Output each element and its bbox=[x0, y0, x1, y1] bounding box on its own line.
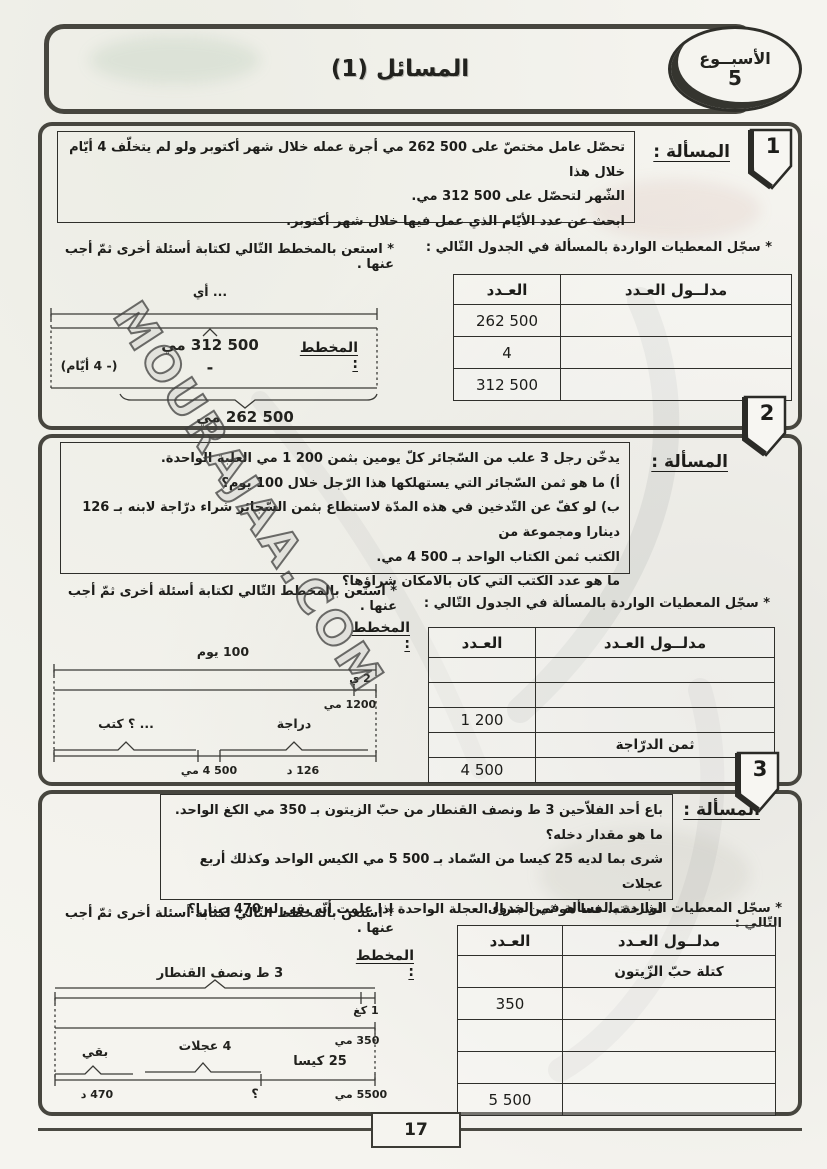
table-row: 5 500 bbox=[458, 1084, 776, 1116]
table-cell bbox=[563, 1084, 776, 1116]
page-number-box: 17 bbox=[371, 1112, 461, 1148]
problem-1-table-caption: * سجّل المعطيات الواردة بالمسألة في الجد… bbox=[424, 240, 772, 255]
table-cell bbox=[536, 683, 775, 708]
table-row bbox=[458, 1020, 776, 1052]
problem-3-badge: 3 bbox=[731, 750, 783, 816]
problem-3-number: 3 bbox=[753, 757, 768, 781]
table-cell: 350 bbox=[458, 988, 563, 1020]
table-cell: 1 200 bbox=[429, 708, 536, 733]
table-row bbox=[429, 658, 775, 683]
table-header-row: مدلــول العـدد العـدد bbox=[429, 628, 775, 658]
table-cell: كتلة حبّ الزّيتون bbox=[563, 956, 776, 988]
problem-2-diagram: 100 يوم 2 ي 1200 مي ... ؟ كتب دراجة ‎4 5… bbox=[48, 644, 383, 784]
problem-1-text: تحصّل عامل مختصّ على ‎262 500‎ مي أجرة ع… bbox=[57, 131, 635, 223]
problem-3-data-table: مدلــول العـدد العـدد كتلة حبّ الزّيتون … bbox=[457, 925, 776, 1116]
table-cell bbox=[458, 956, 563, 988]
diagram-upper-value: ‎312 500‎ مي bbox=[135, 336, 285, 354]
table-header-row: مدلــول العـدد العـدد bbox=[458, 926, 776, 956]
diagram-days-note: (- 4 أيّام) bbox=[45, 358, 133, 373]
table-row: 350 bbox=[458, 988, 776, 1020]
table-cell: 312 500 bbox=[454, 369, 561, 401]
diagram-wheels-label: 4 عجلات bbox=[155, 1038, 255, 1053]
diagram-bag-price: 5500 مي bbox=[331, 1088, 391, 1101]
table-cell bbox=[563, 1052, 776, 1084]
table-row: 1 200 bbox=[429, 708, 775, 733]
problem-1-number: 1 bbox=[766, 134, 781, 158]
header-box: المسائل (1) bbox=[44, 24, 756, 114]
table-header-row: مدلــول العـدد العـدد bbox=[454, 275, 792, 305]
diagram-unit-mass: 1 كغ bbox=[343, 1004, 389, 1017]
column-header-meaning: مدلــول العـدد bbox=[561, 275, 792, 305]
table-cell bbox=[429, 658, 536, 683]
column-header-number: العـدد bbox=[454, 275, 561, 305]
table-cell bbox=[458, 1020, 563, 1052]
table-row: كتلة حبّ الزّيتون bbox=[458, 956, 776, 988]
diagram-bike-price: 126 د bbox=[273, 764, 333, 777]
week-badge: الأسبــوع 5 bbox=[668, 26, 802, 112]
diagram-top-label: ... أي bbox=[165, 284, 255, 299]
diagram-bags-label: 25 كيسا bbox=[275, 1054, 365, 1069]
table-row: 262 500 bbox=[454, 305, 792, 337]
problem-1-label: المسألة : bbox=[634, 142, 730, 162]
week-number: 5 bbox=[728, 66, 742, 90]
problem-3-diagram: 3 ط ونصف القنطار 1 كغ 350 مي بقي 4 عجلات… bbox=[45, 966, 397, 1111]
diagram-mass-label: 3 ط ونصف القنطار bbox=[135, 966, 305, 981]
column-header-number: العـدد bbox=[429, 628, 536, 658]
column-header-number: العـدد bbox=[458, 926, 563, 956]
page-number: 17 bbox=[404, 1120, 428, 1140]
number-line-diagram bbox=[45, 284, 397, 426]
problem-3-text: باع أحد الفلاّحين 3 ط ونصف القنطار من حب… bbox=[160, 794, 673, 900]
table-cell: 4 bbox=[454, 337, 561, 369]
diagram-unit-days: 2 ي bbox=[340, 672, 380, 685]
table-cell bbox=[536, 658, 775, 683]
problem-2-number: 2 bbox=[760, 401, 775, 425]
page-title: المسائل (1) bbox=[331, 56, 469, 82]
problem-2-label: المسألة : bbox=[632, 452, 728, 472]
table-cell bbox=[561, 305, 792, 337]
problem-1-diagram-caption: * استعن بالمخطط التّالي لكتابة أسئلة أخر… bbox=[52, 242, 394, 272]
diagram-unknown-mark: ؟ bbox=[243, 1086, 267, 1101]
diagram-books-label: ... ؟ كتب bbox=[76, 716, 176, 731]
table-cell bbox=[536, 708, 775, 733]
diagram-unit-price: 350 مي bbox=[327, 1034, 387, 1047]
diagram-bike-label: دراجة bbox=[254, 716, 334, 731]
diagram-days-span: 100 يوم bbox=[178, 644, 268, 659]
problem-1-diagram: ... أي ‎312 500‎ مي - (- 4 أيّام) ‎262 5… bbox=[45, 284, 397, 426]
diagram-minus-sign: - bbox=[200, 358, 220, 377]
diagram-unit-cost: 1200 مي bbox=[320, 698, 380, 711]
problem-1-data-table: مدلــول العـدد العـدد 262 500 4 312 500 bbox=[453, 274, 792, 401]
scanned-worksheet-page: المسائل (1) الأسبــوع 5 1 المسألة : تحصّ… bbox=[0, 0, 827, 1169]
problem-1-badge: 1 bbox=[744, 127, 796, 193]
problem-2-text: يدخّن رجل 3 علب من السّجائر كلّ يومين بث… bbox=[60, 442, 630, 574]
number-line-diagram bbox=[48, 644, 383, 784]
problem-2-table-caption: * سجّل المعطيات الواردة بالمسألة في الجد… bbox=[420, 596, 770, 611]
problem-2-diagram-caption: * استعن بالمخطط التّالي لكتابة أسئلة أخر… bbox=[52, 584, 397, 614]
table-cell bbox=[429, 733, 536, 758]
table-cell bbox=[561, 337, 792, 369]
problem-2-badge: 2 bbox=[738, 394, 790, 460]
table-cell bbox=[458, 1052, 563, 1084]
table-row bbox=[429, 683, 775, 708]
problem-3-diagram-caption: * استعن بالمخطط التّالي لكتابة أسئلة أخر… bbox=[46, 906, 394, 936]
table-cell: 5 500 bbox=[458, 1084, 563, 1116]
problem-2-data-table: مدلــول العـدد العـدد 1 200 ثمن الدرّاجة… bbox=[428, 627, 775, 783]
table-cell bbox=[563, 1020, 776, 1052]
table-cell bbox=[429, 683, 536, 708]
table-cell: 262 500 bbox=[454, 305, 561, 337]
column-header-meaning: مدلــول العـدد bbox=[563, 926, 776, 956]
diagram-remainder-value: 470 د bbox=[67, 1088, 127, 1101]
column-header-meaning: مدلــول العـدد bbox=[536, 628, 775, 658]
table-row bbox=[458, 1052, 776, 1084]
diagram-lower-value: ‎262 500‎ مي bbox=[170, 408, 320, 426]
table-cell: 4 500 bbox=[429, 758, 536, 783]
table-row: 4 bbox=[454, 337, 792, 369]
table-row: ثمن الدرّاجة bbox=[429, 733, 775, 758]
table-row: 4 500 bbox=[429, 758, 775, 783]
table-cell bbox=[563, 988, 776, 1020]
diagram-book-price: ‎4 500‎ مي bbox=[164, 764, 254, 777]
diagram-remainder-label: بقي bbox=[65, 1044, 125, 1059]
